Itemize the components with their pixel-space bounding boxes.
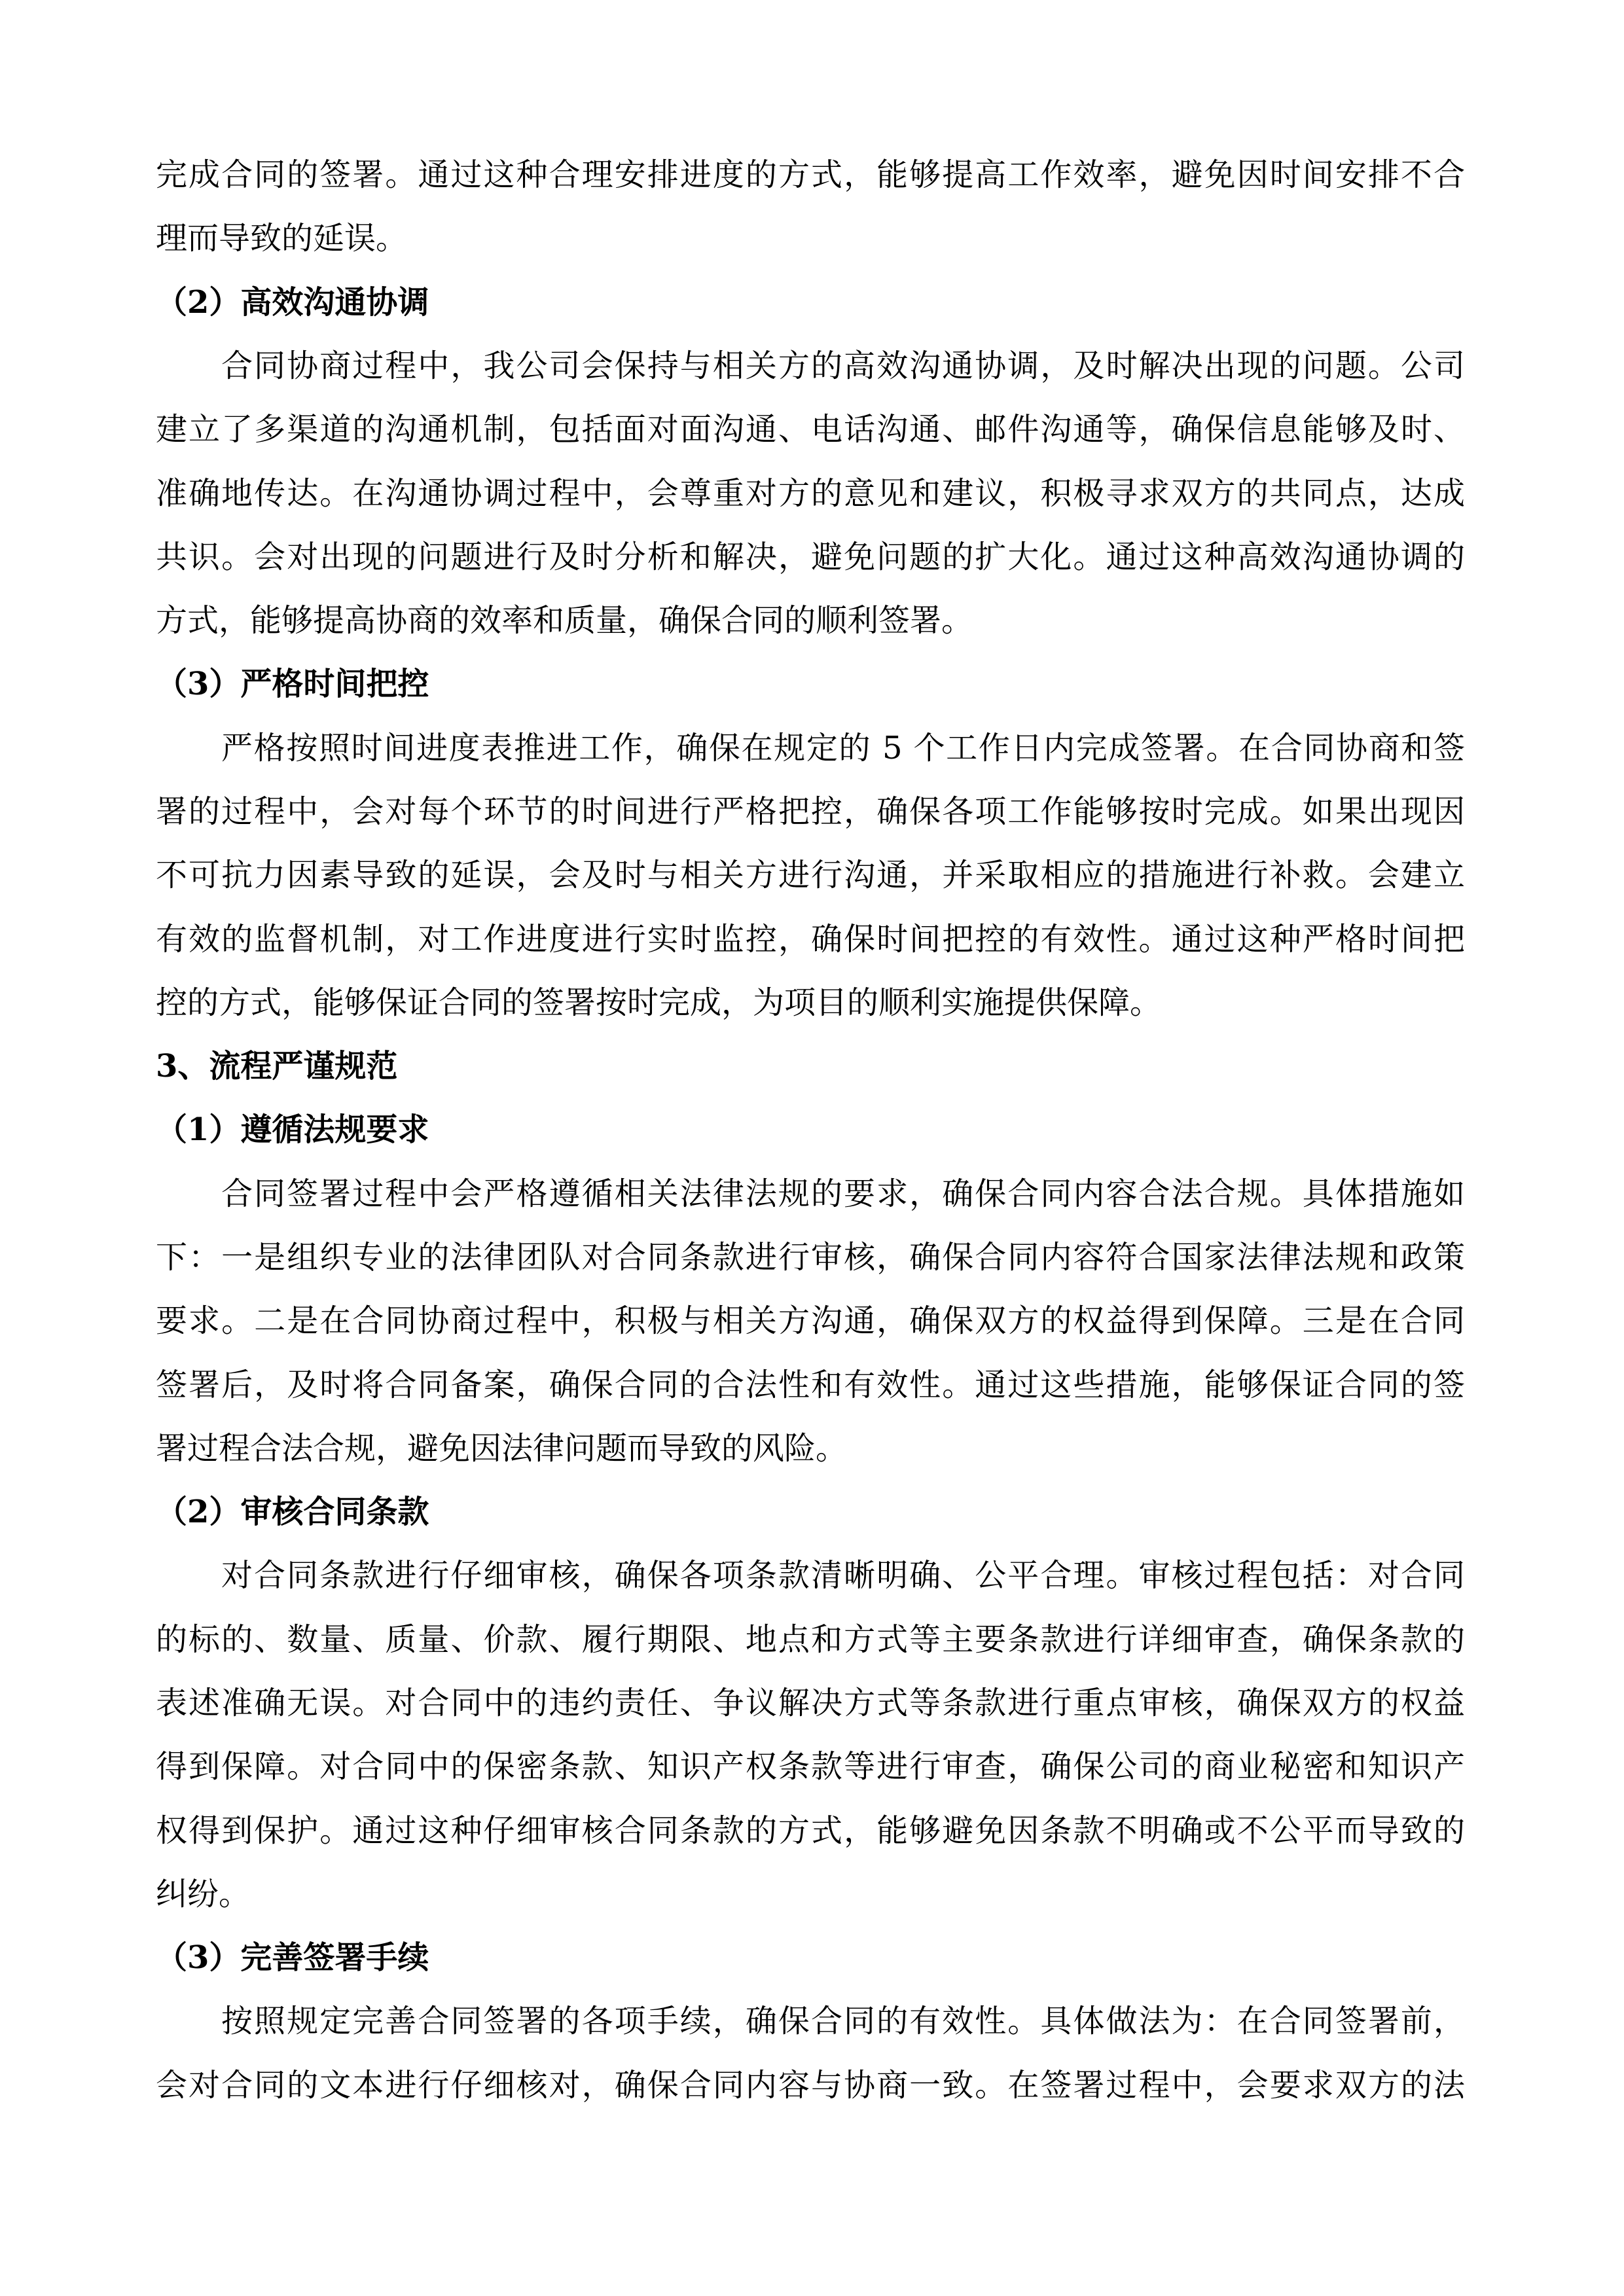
paragraph-line: 权得到保护。通过这种仔细审核合同条款的方式，能够避免因条款不明确或不公平而导致的 xyxy=(156,1799,1465,1863)
section-heading-time-control: （3）严格时间把控 xyxy=(156,653,1465,716)
section-heading-legal-compliance: （1）遵循法规要求 xyxy=(156,1098,1465,1162)
paragraph-line: 控的方式，能够保证合同的签署按时完成，为项目的顺利实施提供保障。 xyxy=(156,971,1465,1035)
paragraph-line: 完成合同的签署。通过这种合理安排进度的方式，能够提高工作效率，避免因时间安排不合 xyxy=(156,143,1465,207)
paragraph-line: 得到保障。对合同中的保密条款、知识产权条款等进行审查，确保公司的商业秘密和知识产 xyxy=(156,1735,1465,1799)
paragraph-line: 准确地传达。在沟通协调过程中，会尊重对方的意见和建议，积极寻求双方的共同点，达成 xyxy=(156,462,1465,526)
paragraph-line: 理而导致的延误。 xyxy=(156,207,1465,270)
paragraph-line: 有效的监督机制，对工作进度进行实时监控，确保时间把控的有效性。通过这种严格时间把 xyxy=(156,908,1465,971)
paragraph-line: 表述准确无误。对合同中的违约责任、争议解决方式等条款进行重点审核，确保双方的权益 xyxy=(156,1672,1465,1735)
section-heading-review-clauses: （2）审核合同条款 xyxy=(156,1480,1465,1544)
paragraph-line: 会对合同的文本进行仔细核对，确保合同内容与协商一致。在签署过程中，会要求双方的法 xyxy=(156,2054,1465,2117)
paragraph-line: 下：一是组织专业的法律团队对合同条款进行审核，确保合同内容符合国家法律法规和政策 xyxy=(156,1226,1465,1289)
section-heading-signing-procedures: （3）完善签署手续 xyxy=(156,1926,1465,1990)
paragraph-line: 严格按照时间进度表推进工作，确保在规定的 5 个工作日内完成签署。在合同协商和签 xyxy=(221,717,1465,780)
paragraph-line: 要求。二是在合同协商过程中，积极与相关方沟通，确保双方的权益得到保障。三是在合同 xyxy=(156,1289,1465,1353)
section-heading-process-standard: 3、流程严谨规范 xyxy=(156,1035,1465,1098)
paragraph-line: 合同签署过程中会严格遵循相关法律法规的要求，确保合同内容合法合规。具体措施如 xyxy=(221,1162,1465,1226)
paragraph-line: 对合同条款进行仔细审核，确保各项条款清晰明确、公平合理。审核过程包括：对合同 xyxy=(221,1544,1465,1607)
paragraph-line: 建立了多渠道的沟通机制，包括面对面沟通、电话沟通、邮件沟通等，确保信息能够及时、 xyxy=(156,398,1465,461)
paragraph-line: 的标的、数量、质量、价款、履行期限、地点和方式等主要条款进行详细审查，确保条款的 xyxy=(156,1608,1465,1672)
document-page: 完成合同的签署。通过这种合理安排进度的方式，能够提高工作效率，避免因时间安排不合… xyxy=(0,0,1624,2296)
paragraph-line: 不可抗力因素导致的延误，会及时与相关方进行沟通，并采取相应的措施进行补救。会建立 xyxy=(156,844,1465,907)
paragraph-line: 方式，能够提高协商的效率和质量，确保合同的顺利签署。 xyxy=(156,589,1465,653)
paragraph-line: 签署后，及时将合同备案，确保合同的合法性和有效性。通过这些措施，能够保证合同的签 xyxy=(156,1354,1465,1417)
paragraph-line: 署过程合法合规，避免因法律问题而导致的风险。 xyxy=(156,1417,1465,1480)
paragraph-line: 合同协商过程中，我公司会保持与相关方的高效沟通协调，及时解决出现的问题。公司 xyxy=(221,334,1465,398)
section-heading-efficient-communication: （2）高效沟通协调 xyxy=(156,271,1465,334)
paragraph-line: 按照规定完善合同签署的各项手续，确保合同的有效性。具体做法为：在合同签署前， xyxy=(221,1990,1465,2053)
paragraph-line: 共识。会对出现的问题进行及时分析和解决，避免问题的扩大化。通过这种高效沟通协调的 xyxy=(156,526,1465,589)
paragraph-line: 署的过程中，会对每个环节的时间进行严格把控，确保各项工作能够按时完成。如果出现因 xyxy=(156,780,1465,844)
paragraph-line: 纠纷。 xyxy=(156,1863,1465,1926)
